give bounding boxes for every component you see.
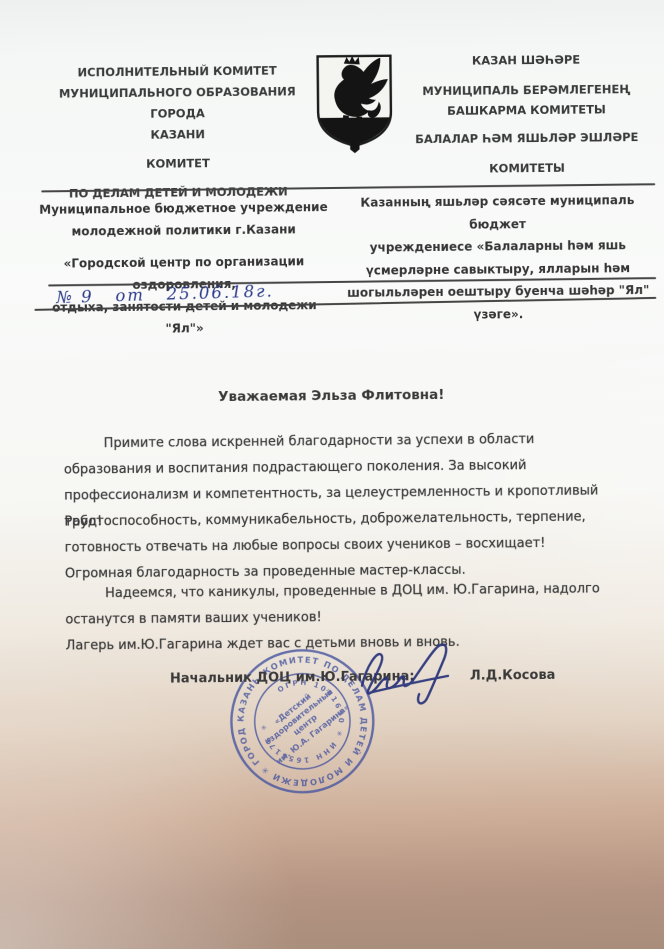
salutation: Уважаемая Эльза Флитовна! xyxy=(0,385,663,407)
header-left-line: МУНИЦИПАЛЬНОГО ОБРАЗОВАНИЯ ГОРОДА xyxy=(46,81,308,126)
org-right-line: үзәге». xyxy=(344,301,652,326)
paragraph: Надеемся, что каникулы, проведенные в ДО… xyxy=(65,576,617,633)
header-left-org: ИСПОЛНИТЕЛЬНЫЙ КОМИТЕТ МУНИЦИПАЛЬНОГО ОБ… xyxy=(46,60,309,205)
signature-scribble xyxy=(354,639,473,712)
header-left-line: ИСПОЛНИТЕЛЬНЫЙ КОМИТЕТ xyxy=(46,60,308,84)
org-block-tatar: Казанның яшьләр сәясәте муниципаль бюдже… xyxy=(343,189,652,327)
signature-name: Л.Д.Косова xyxy=(470,668,556,684)
scanned-letter-page: ИСПОЛНИТЕЛЬНЫЙ КОМИТЕТ МУНИЦИПАЛЬНОГО ОБ… xyxy=(0,0,664,949)
header-right-line: БАЛАЛАР ҺӘМ ЯШЬЛӘР ЭШЛӘРЕ xyxy=(399,127,655,149)
header-right-line: БАШКАРМА КОМИТЕТЫ xyxy=(398,99,654,121)
header-right-line: КОМИТЕТЫ xyxy=(399,157,655,179)
kazan-coat-of-arms-icon xyxy=(312,51,397,154)
org-block-russian: Муниципальное бюджетное учреждение молод… xyxy=(37,196,330,341)
stamp-center-text: «Детский оздоровительный центр им. Ю.А. … xyxy=(254,676,352,766)
paragraph: Работоспособность, коммуникабельность, д… xyxy=(64,504,617,587)
org-left-line: Муниципальное бюджетное учреждение xyxy=(37,196,329,221)
header-left-line: КАЗАНИ xyxy=(47,123,309,147)
header-right-line: КАЗАН ШӘҺӘРЕ xyxy=(398,49,654,71)
header-right-org: КАЗАН ШӘҺӘРЕ МУНИЦИПАЛЬ БЕРӘМЛЕГЕНЕҢ БАШ… xyxy=(398,49,655,179)
org-right-line: Казанның яшьләр сәясәте муниципаль бюдже… xyxy=(343,189,651,237)
header-right-line: МУНИЦИПАЛЬ БЕРӘМЛЕГЕНЕҢ xyxy=(398,79,654,101)
header-left-committee: КОМИТЕТ xyxy=(47,152,309,176)
letter-content: ИСПОЛНИТЕЛЬНЫЙ КОМИТЕТ МУНИЦИПАЛЬНОГО ОБ… xyxy=(0,0,664,949)
org-left-line: молодежной политики г.Казани xyxy=(38,218,330,243)
org-right-line: учреждениесе «Балаларны һәм яшь xyxy=(344,234,652,259)
shield-bottom-point xyxy=(350,144,359,153)
